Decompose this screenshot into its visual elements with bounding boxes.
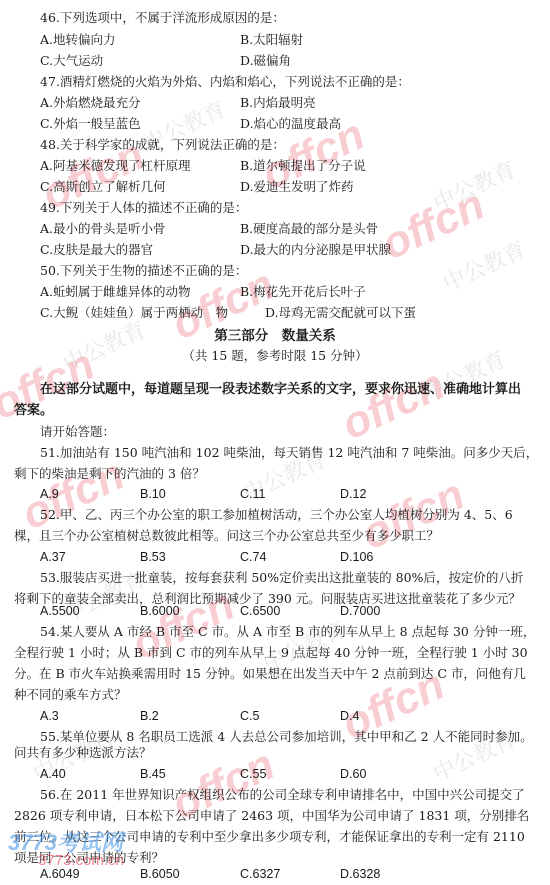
q54-option-d[interactable]: D.4 <box>340 708 359 724</box>
q50-option-d[interactable]: D.母鸡无需交配就可以下蛋 <box>265 305 416 321</box>
q51-option-b[interactable]: B.10 <box>140 486 166 502</box>
q51-option-c[interactable]: C.11 <box>240 486 265 502</box>
exam-page: offcn offcn offcn offcn offcn offcn offc… <box>0 0 550 885</box>
q56-option-d[interactable]: D.6328 <box>340 866 380 882</box>
section-subtitle: （共 15 题，参考时限 15 分钟） <box>0 346 550 364</box>
offcn-watermark: offcn <box>374 180 492 270</box>
question-56-line2: 2826 项专利申请，日本松下公司申请了 2463 项，中国华为公司申请了 18… <box>14 808 529 824</box>
q48-option-b[interactable]: B.道尔顿提出了分子说 <box>240 158 366 174</box>
question-51-line1: 51.加油站有 150 吨汽油和 102 吨柴油，每天销售 12 吨汽油和 7 … <box>40 445 538 461</box>
q55-option-c[interactable]: C.55 <box>240 766 266 782</box>
question-50-stem: 50.下列关于生物的描述不正确的是： <box>40 263 247 279</box>
q46-option-a[interactable]: A.地转偏向力 <box>40 32 116 48</box>
q52-option-b[interactable]: B.53 <box>140 549 166 565</box>
question-56-line1: 56.在 2011 年世界知识产权组织公布的公司全球专利申请排名中，中国中兴公司… <box>40 787 525 803</box>
offcn-watermark: offcn <box>334 360 452 450</box>
q53-option-c[interactable]: C.6500 <box>240 603 280 619</box>
q47-option-d[interactable]: D.焰心的温度最高 <box>240 116 341 132</box>
question-54-line3: 分。在 B 市火车站换乘需用时 15 分钟。如果想在出发当天中午 2 点前到达 … <box>14 666 526 682</box>
q55-option-a[interactable]: A.40 <box>40 766 66 782</box>
q49-option-c[interactable]: C.皮肤是最大的器官 <box>40 242 153 258</box>
q52-option-a[interactable]: A.37 <box>40 549 66 565</box>
question-46-stem: 46.下列选项中，不属于洋流形成原因的是： <box>40 10 285 26</box>
site-logo: 3773考试网 3773.com.cn <box>8 826 123 857</box>
q54-option-a[interactable]: A.3 <box>40 708 59 724</box>
q46-option-c[interactable]: C.大气运动 <box>40 53 103 69</box>
q52-option-d[interactable]: D.106 <box>340 549 373 565</box>
question-54-line2: 全程行驶 1 小时；从 B 市到 C 市的列车从早上 9 点起每 40 分钟一班… <box>14 645 528 661</box>
q48-option-d[interactable]: D.爱迪生发明了炸药 <box>240 179 354 195</box>
q51-option-d[interactable]: D.12 <box>340 486 366 502</box>
q52-option-c[interactable]: C.74 <box>240 549 266 565</box>
q46-option-b[interactable]: B.太阳辐射 <box>240 32 303 48</box>
q50-option-b[interactable]: B.梅花先开花后长叶子 <box>240 284 366 300</box>
q50-option-a[interactable]: A.蚯蚓属于雌雄异体的动物 <box>40 284 191 300</box>
q55-option-b[interactable]: B.45 <box>140 766 166 782</box>
q50-option-c[interactable]: C.大鲵（娃娃鱼）属于两栖动 物 <box>40 305 228 321</box>
q55-option-d[interactable]: D.60 <box>340 766 366 782</box>
question-54-line1: 54.某人要从 A 市经 B 市至 C 市。从 A 市至 B 市的列车从早上 8… <box>40 624 535 640</box>
q53-option-d[interactable]: D.7000 <box>340 603 380 619</box>
site-url-text: 3773.com.cn <box>38 852 124 869</box>
zhonggong-watermark: 中公教育 <box>428 153 521 218</box>
q51-option-a[interactable]: A.9 <box>40 486 59 502</box>
section-title: 第三部分 数量关系 <box>0 324 550 344</box>
q49-option-a[interactable]: A.最小的骨头是听小骨 <box>40 221 166 237</box>
question-49-stem: 49.下列关于人体的描述不正确的是： <box>40 200 247 216</box>
q47-option-c[interactable]: C.外焰一般呈蓝色 <box>40 116 141 132</box>
q46-option-d[interactable]: D.磁偏角 <box>240 53 291 69</box>
question-53-line1: 53.服装店买进一批童装，按每套获利 50%定价卖出这批童装的 80%后，按定价… <box>40 570 523 586</box>
q53-option-a[interactable]: A.5500 <box>40 603 80 619</box>
q54-option-b[interactable]: B.2 <box>140 708 159 724</box>
question-48-stem: 48.关于科学家的成就，下列说法正确的是： <box>40 137 285 153</box>
q47-option-a[interactable]: A.外焰燃烧最充分 <box>40 95 141 111</box>
q49-option-b[interactable]: B.硬度高最的部分是头骨 <box>240 221 378 237</box>
question-52-line1: 52.甲、乙、丙三个办公室的职工参加植树活动，三个办公室人均植树分别为 4、5、… <box>40 507 513 523</box>
q48-option-c[interactable]: C.高斯创立了解析几何 <box>40 179 166 195</box>
q56-option-b[interactable]: B.6050 <box>140 866 180 882</box>
question-54-line4: 种不同的乘车方式？ <box>14 687 127 703</box>
q48-option-a[interactable]: A.阿基米德发现了杠杆原理 <box>40 158 191 174</box>
q47-option-b[interactable]: B.内焰最明亮 <box>240 95 316 111</box>
q53-option-b[interactable]: B.6000 <box>140 603 180 619</box>
q54-option-c[interactable]: C.5 <box>240 708 259 724</box>
zhonggong-watermark: 中公教育 <box>438 233 531 298</box>
section-instruction-line2: 答案。 <box>14 403 53 419</box>
question-47-stem: 47.酒精灯燃烧的火焰为外焰、内焰和焰心，下列说法不正确的是： <box>40 74 410 90</box>
q49-option-d[interactable]: D.最大的内分泌腺是甲状腺 <box>240 242 391 258</box>
section-instruction-line1: 在这部分试题中，每道题呈现一段表述数字关系的文字，要求你迅速、准确地计算出 <box>40 382 521 398</box>
offcn-watermark: offcn <box>14 450 132 540</box>
question-55-line2: 问共有多少种选派方法？ <box>14 745 152 761</box>
question-55-line1: 55.某单位要从 8 名职员工选派 4 人去总公司参加培训，其中甲和乙 2 人不… <box>40 729 533 745</box>
question-52-line2: 棵，且三个办公室植树总数彼此相等。问这三个办公室总共至少有多少职工？ <box>14 528 439 544</box>
q56-option-c[interactable]: C.6327 <box>240 866 280 882</box>
question-51-line2: 剩下的柴油是剩下的汽油的 3 倍？ <box>14 466 205 482</box>
start-prompt: 请开始答题： <box>40 424 115 440</box>
